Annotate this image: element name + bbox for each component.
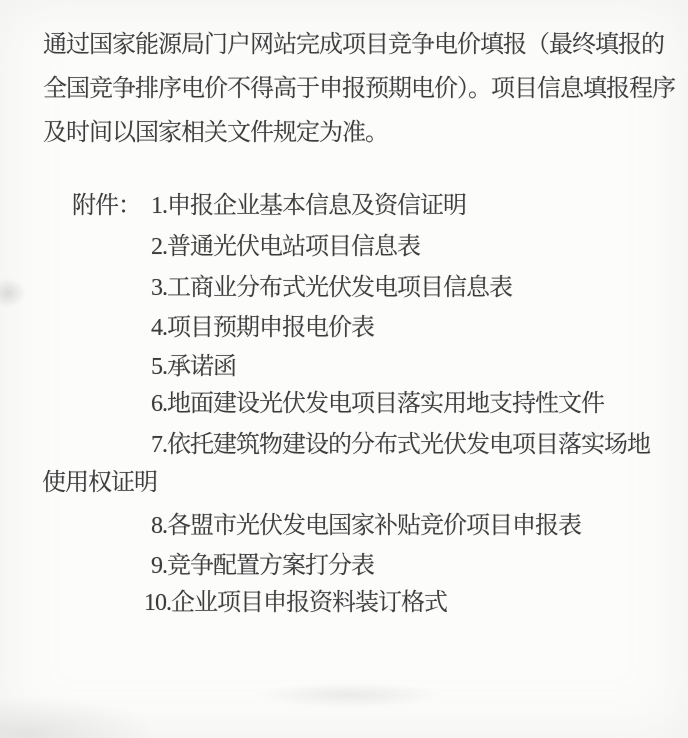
scan-smudge-left: [0, 278, 26, 308]
attachment-item-7-continuation: 使用权证明: [42, 468, 157, 498]
attachment-item-5: 5.承诺函: [151, 352, 236, 382]
paragraph-line-3: 及时间以国家相关文件规定为准。: [43, 118, 388, 148]
attachment-item-8: 8.各盟市光伏发电国家补贴竞价项目申报表: [151, 511, 581, 541]
attachments-label: 附件：: [72, 191, 141, 221]
attachment-item-4: 4.项目预期申报电价表: [151, 313, 374, 343]
attachment-item-1: 1.申报企业基本信息及资信证明: [151, 191, 466, 221]
document-page: 通过国家能源局门户网站完成项目竞争电价填报（最终填报的 全国竞争排序电价不得高于…: [0, 0, 688, 738]
attachment-item-9: 9.竞争配置方案打分表: [151, 551, 374, 581]
attachment-item-2: 2.普通光伏电站项目信息表: [151, 232, 420, 262]
paragraph-line-1: 通过国家能源局门户网站完成项目竞争电价填报（最终填报的: [43, 30, 664, 60]
attachment-item-7: 7.依托建筑物建设的分布式光伏发电项目落实场地: [151, 430, 650, 460]
scan-smudge-corner: [0, 698, 150, 738]
attachment-item-6: 6.地面建设光伏发电项目落实用地支持性文件: [151, 389, 604, 419]
paragraph-line-2: 全国竞争排序电价不得高于申报预期电价）。项目信息填报程序: [43, 74, 675, 104]
attachment-item-3: 3.工商业分布式光伏发电项目信息表: [151, 273, 512, 303]
scan-smudge-bottom: [255, 682, 445, 708]
attachment-item-10: 10.企业项目申报资料装订格式: [144, 588, 447, 618]
